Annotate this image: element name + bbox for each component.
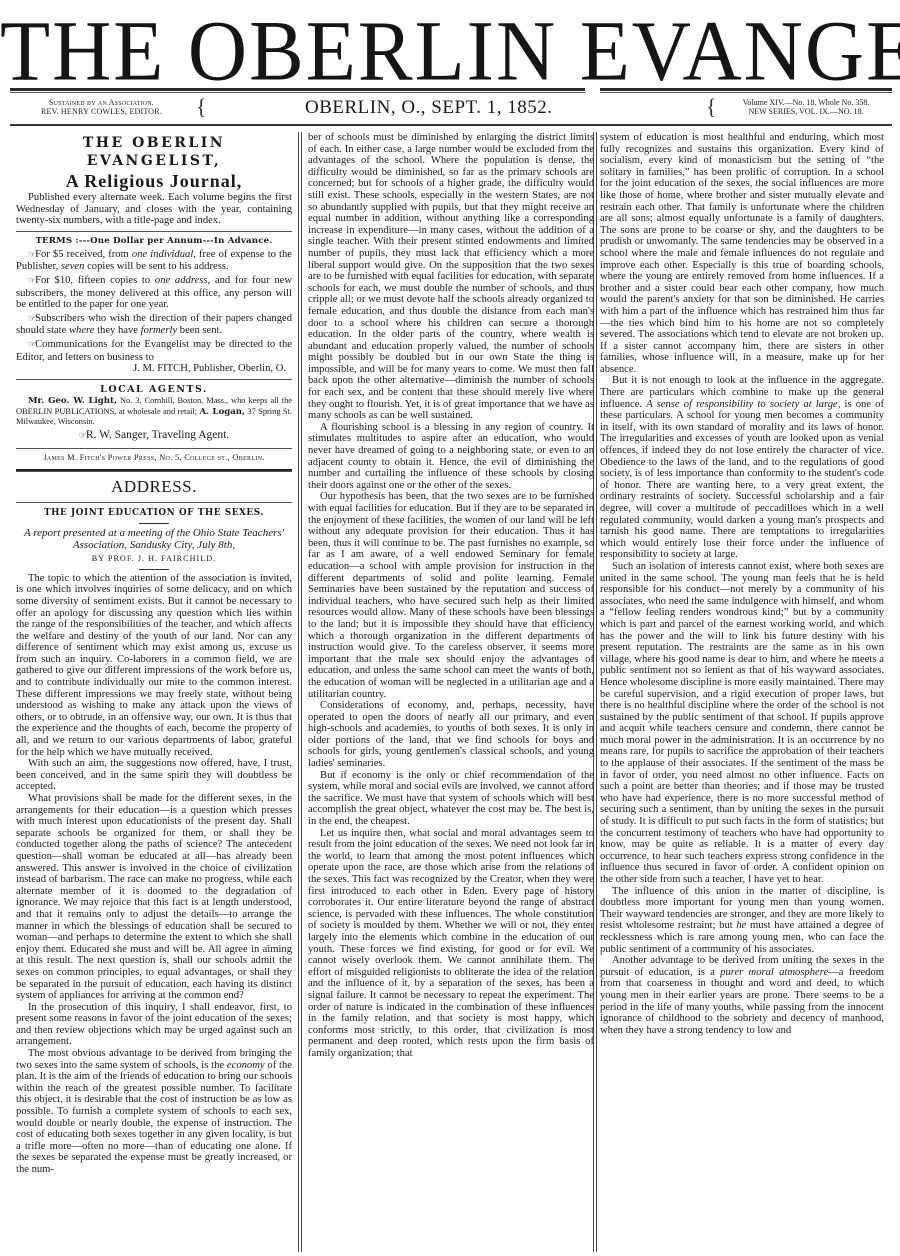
paragraph: Another advantage to be derived from uni… (600, 955, 884, 1036)
brace-glyph: { (196, 96, 207, 118)
editor-line: REV. HENRY COWLES, EDITOR. (14, 107, 189, 116)
terms-item: ☞Subscribers who wish the direction of t… (16, 313, 292, 337)
newspaper-title: THE OBERLIN EVANGELIST. (0, 10, 900, 92)
masthead-rule-left (10, 88, 585, 93)
paragraph: But if economy is the only or chief reco… (308, 770, 594, 828)
paragraph: The most obvious advantage to be derived… (16, 1048, 292, 1176)
paragraph: In the prosecution of this inquiry, I sh… (16, 1002, 292, 1048)
column-rule (298, 132, 302, 1252)
editor-info: Sustained by an Association. REV. HENRY … (14, 98, 189, 116)
article-deck: A report presented at a meeting of the O… (16, 527, 292, 552)
press-imprint: James M. Fitch's Power Press, No. 5, Col… (16, 452, 292, 464)
brace-glyph: { (706, 96, 717, 118)
article-byline: BY PROF. J. H. FAIRCHILD. (16, 552, 292, 566)
column-2: ber of schools must be diminished by enl… (308, 132, 594, 1060)
paragraph: The topic to which the attention of the … (16, 573, 292, 759)
paragraph: Let us inquire then, what social and mor… (308, 828, 594, 1060)
traveling-agent: ☞R. W. Sanger, Traveling Agent. (16, 427, 292, 444)
paragraph: Such an isolation of interests cannot ex… (600, 561, 884, 886)
volume-info: Volume XIV.—No. 18. Whole No. 358. NEW S… (716, 98, 896, 116)
column-3: system of education is most healthful an… (600, 132, 884, 1036)
divider (16, 231, 292, 232)
publisher-line: J. M. FITCH, Publisher, Oberlin, O. (16, 363, 292, 375)
paragraph: Considerations of economy, and, perhaps,… (308, 700, 594, 770)
terms-item: ☞For $10, fifteen copies to one address,… (16, 275, 292, 311)
divider (16, 448, 292, 449)
local-agents-text: Mr. Geo. W. Light, No. 3, Cornhill, Bost… (16, 396, 292, 427)
local-agents-heading: LOCAL AGENTS. (16, 383, 292, 396)
column-1: THE OBERLIN EVANGELIST, A Religious Jour… (16, 132, 292, 1176)
paragraph: The influence of this union in the matte… (600, 886, 884, 956)
publication-info: Published every alternate week. Each vol… (16, 192, 292, 227)
paragraph: ber of schools must be diminished by enl… (308, 132, 594, 422)
volume-line: Volume XIV.—No. 18. Whole No. 358. (716, 98, 896, 107)
divider (16, 502, 292, 503)
terms-heading: TERMS :---One Dollar per Annum---In Adva… (16, 235, 292, 247)
series-line: NEW SERIES, VOL. IX.—NO. 18. (716, 107, 896, 116)
pointing-hand-icon: ☞ (79, 431, 86, 441)
masthead-rule-right (600, 88, 892, 93)
info-box-title: THE OBERLIN EVANGELIST, (16, 134, 292, 170)
paragraph: But it is not enough to look at the infl… (600, 375, 884, 561)
divider (16, 379, 292, 380)
article-title: THE JOINT EDUCATION OF THE SEXES. (16, 506, 292, 520)
info-box-subtitle: A Religious Journal, (16, 170, 292, 192)
terms-item: ☞For $5 received, from one individual, f… (16, 249, 292, 273)
paragraph: system of education is most healthful an… (600, 132, 884, 375)
issue-date: OBERLIN, O., SEPT. 1, 1852. (305, 97, 552, 119)
terms-item: ☞Communications for the Evangelist may b… (16, 339, 292, 363)
divider (139, 569, 169, 570)
masthead: THE OBERLIN EVANGELIST. (0, 10, 900, 88)
paragraph: What provisions shall be made for the di… (16, 793, 292, 1002)
dateline-rule (10, 124, 892, 127)
divider (16, 469, 292, 472)
section-heading: ADDRESS. (16, 476, 292, 498)
dateline: Sustained by an Association. REV. HENRY … (0, 96, 900, 124)
paragraph: With such an aim, the suggestions now of… (16, 758, 292, 793)
divider (139, 523, 169, 524)
paragraph: A flourishing school is a blessing in an… (308, 422, 594, 492)
association-line: Sustained by an Association. (14, 98, 189, 107)
paragraph: Our hypothesis has been, that the two se… (308, 491, 594, 700)
